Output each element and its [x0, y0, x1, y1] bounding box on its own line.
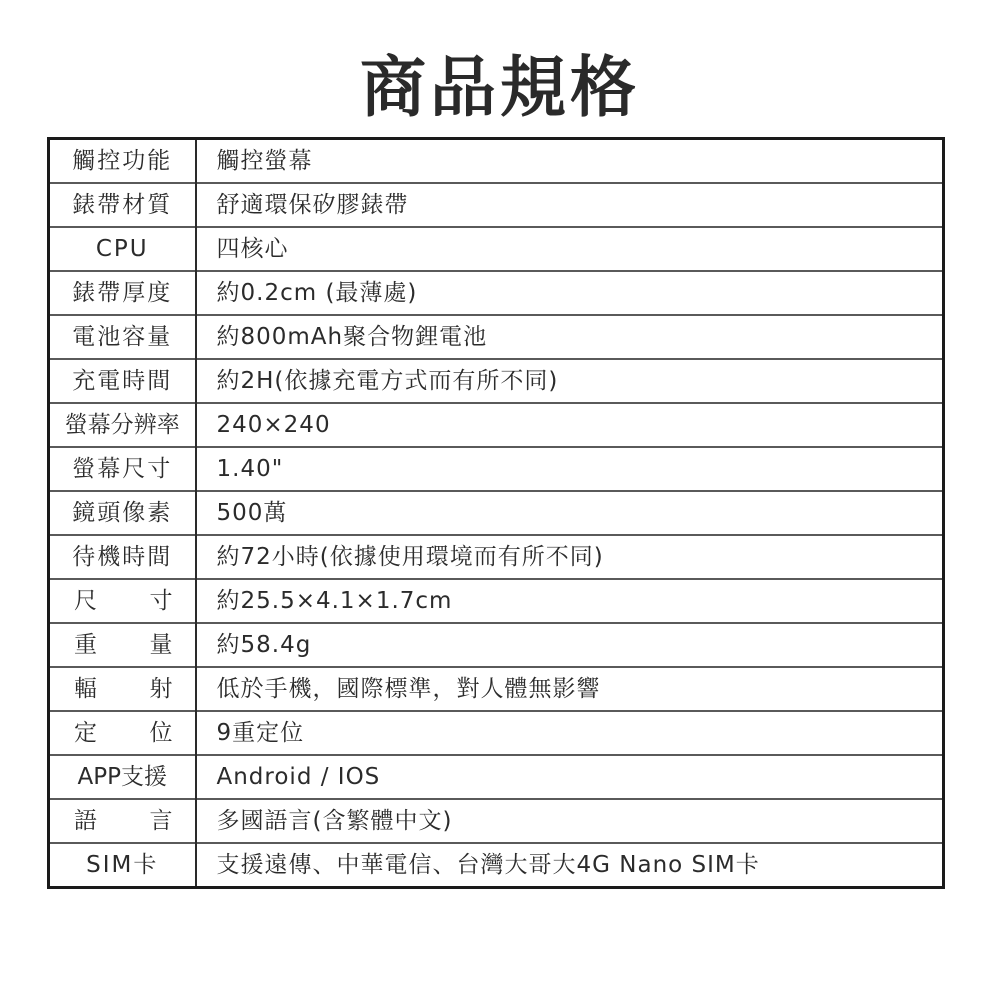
spec-row-standby: 待機時間 約72小時(依據使用環境而有所不同): [49, 535, 944, 579]
spec-label: APP支援: [49, 755, 196, 799]
spec-table-body: 觸控功能 觸控螢幕 錶帶材質 舒適環保矽膠錶帶 CPU 四核心 錶帶厚度 約0.…: [49, 139, 944, 888]
spec-row-app-support: APP支援 Android / IOS: [49, 755, 944, 799]
spec-value: 四核心: [196, 227, 944, 271]
spec-row-charge-time: 充電時間 約2H(依據充電方式而有所不同): [49, 359, 944, 403]
spec-label: 輻 射: [49, 667, 196, 711]
spec-label: 螢幕尺寸: [49, 447, 196, 491]
spec-row-resolution: 螢幕分辨率 240×240: [49, 403, 944, 447]
spec-value: 約0.2cm (最薄處): [196, 271, 944, 315]
spec-row-radiation: 輻 射 低於手機，國際標準，對人體無影響: [49, 667, 944, 711]
spec-row-language: 語 言 多國語言(含繁體中文): [49, 799, 944, 843]
page-title: 商品規格: [0, 46, 1000, 130]
spec-label: CPU: [49, 227, 196, 271]
spec-label: 尺 寸: [49, 579, 196, 623]
spec-value: 9重定位: [196, 711, 944, 755]
spec-value: 舒適環保矽膠錶帶: [196, 183, 944, 227]
spec-label: 待機時間: [49, 535, 196, 579]
spec-value: 約800mAh聚合物鋰電池: [196, 315, 944, 359]
spec-value: 約58.4g: [196, 623, 944, 667]
spec-label: 觸控功能: [49, 139, 196, 184]
spec-label: 錶帶材質: [49, 183, 196, 227]
spec-label: 定 位: [49, 711, 196, 755]
spec-value: Android / IOS: [196, 755, 944, 799]
spec-value: 1.40": [196, 447, 944, 491]
spec-row-positioning: 定 位 9重定位: [49, 711, 944, 755]
spec-row-dimensions: 尺 寸 約25.5×4.1×1.7cm: [49, 579, 944, 623]
spec-row-camera: 鏡頭像素 500萬: [49, 491, 944, 535]
spec-label: SIM卡: [49, 843, 196, 888]
spec-label: 螢幕分辨率: [49, 403, 196, 447]
spec-label: 充電時間: [49, 359, 196, 403]
spec-label: 語 言: [49, 799, 196, 843]
spec-table: 觸控功能 觸控螢幕 錶帶材質 舒適環保矽膠錶帶 CPU 四核心 錶帶厚度 約0.…: [47, 137, 945, 889]
spec-row-screen-size: 螢幕尺寸 1.40": [49, 447, 944, 491]
spec-value: 支援遠傳、中華電信、台灣大哥大4G Nano SIM卡: [196, 843, 944, 888]
spec-row-strap-thickness: 錶帶厚度 約0.2cm (最薄處): [49, 271, 944, 315]
spec-value: 約72小時(依據使用環境而有所不同): [196, 535, 944, 579]
spec-label: 鏡頭像素: [49, 491, 196, 535]
spec-row-touch: 觸控功能 觸控螢幕: [49, 139, 944, 184]
spec-label: 錶帶厚度: [49, 271, 196, 315]
spec-row-battery: 電池容量 約800mAh聚合物鋰電池: [49, 315, 944, 359]
spec-row-cpu: CPU 四核心: [49, 227, 944, 271]
spec-value: 觸控螢幕: [196, 139, 944, 184]
spec-value: 低於手機，國際標準，對人體無影響: [196, 667, 944, 711]
spec-label: 重 量: [49, 623, 196, 667]
spec-label: 電池容量: [49, 315, 196, 359]
spec-value: 500萬: [196, 491, 944, 535]
spec-value: 多國語言(含繁體中文): [196, 799, 944, 843]
spec-row-weight: 重 量 約58.4g: [49, 623, 944, 667]
spec-value: 240×240: [196, 403, 944, 447]
spec-row-strap-material: 錶帶材質 舒適環保矽膠錶帶: [49, 183, 944, 227]
spec-row-sim: SIM卡 支援遠傳、中華電信、台灣大哥大4G Nano SIM卡: [49, 843, 944, 888]
spec-value: 約2H(依據充電方式而有所不同): [196, 359, 944, 403]
spec-value: 約25.5×4.1×1.7cm: [196, 579, 944, 623]
